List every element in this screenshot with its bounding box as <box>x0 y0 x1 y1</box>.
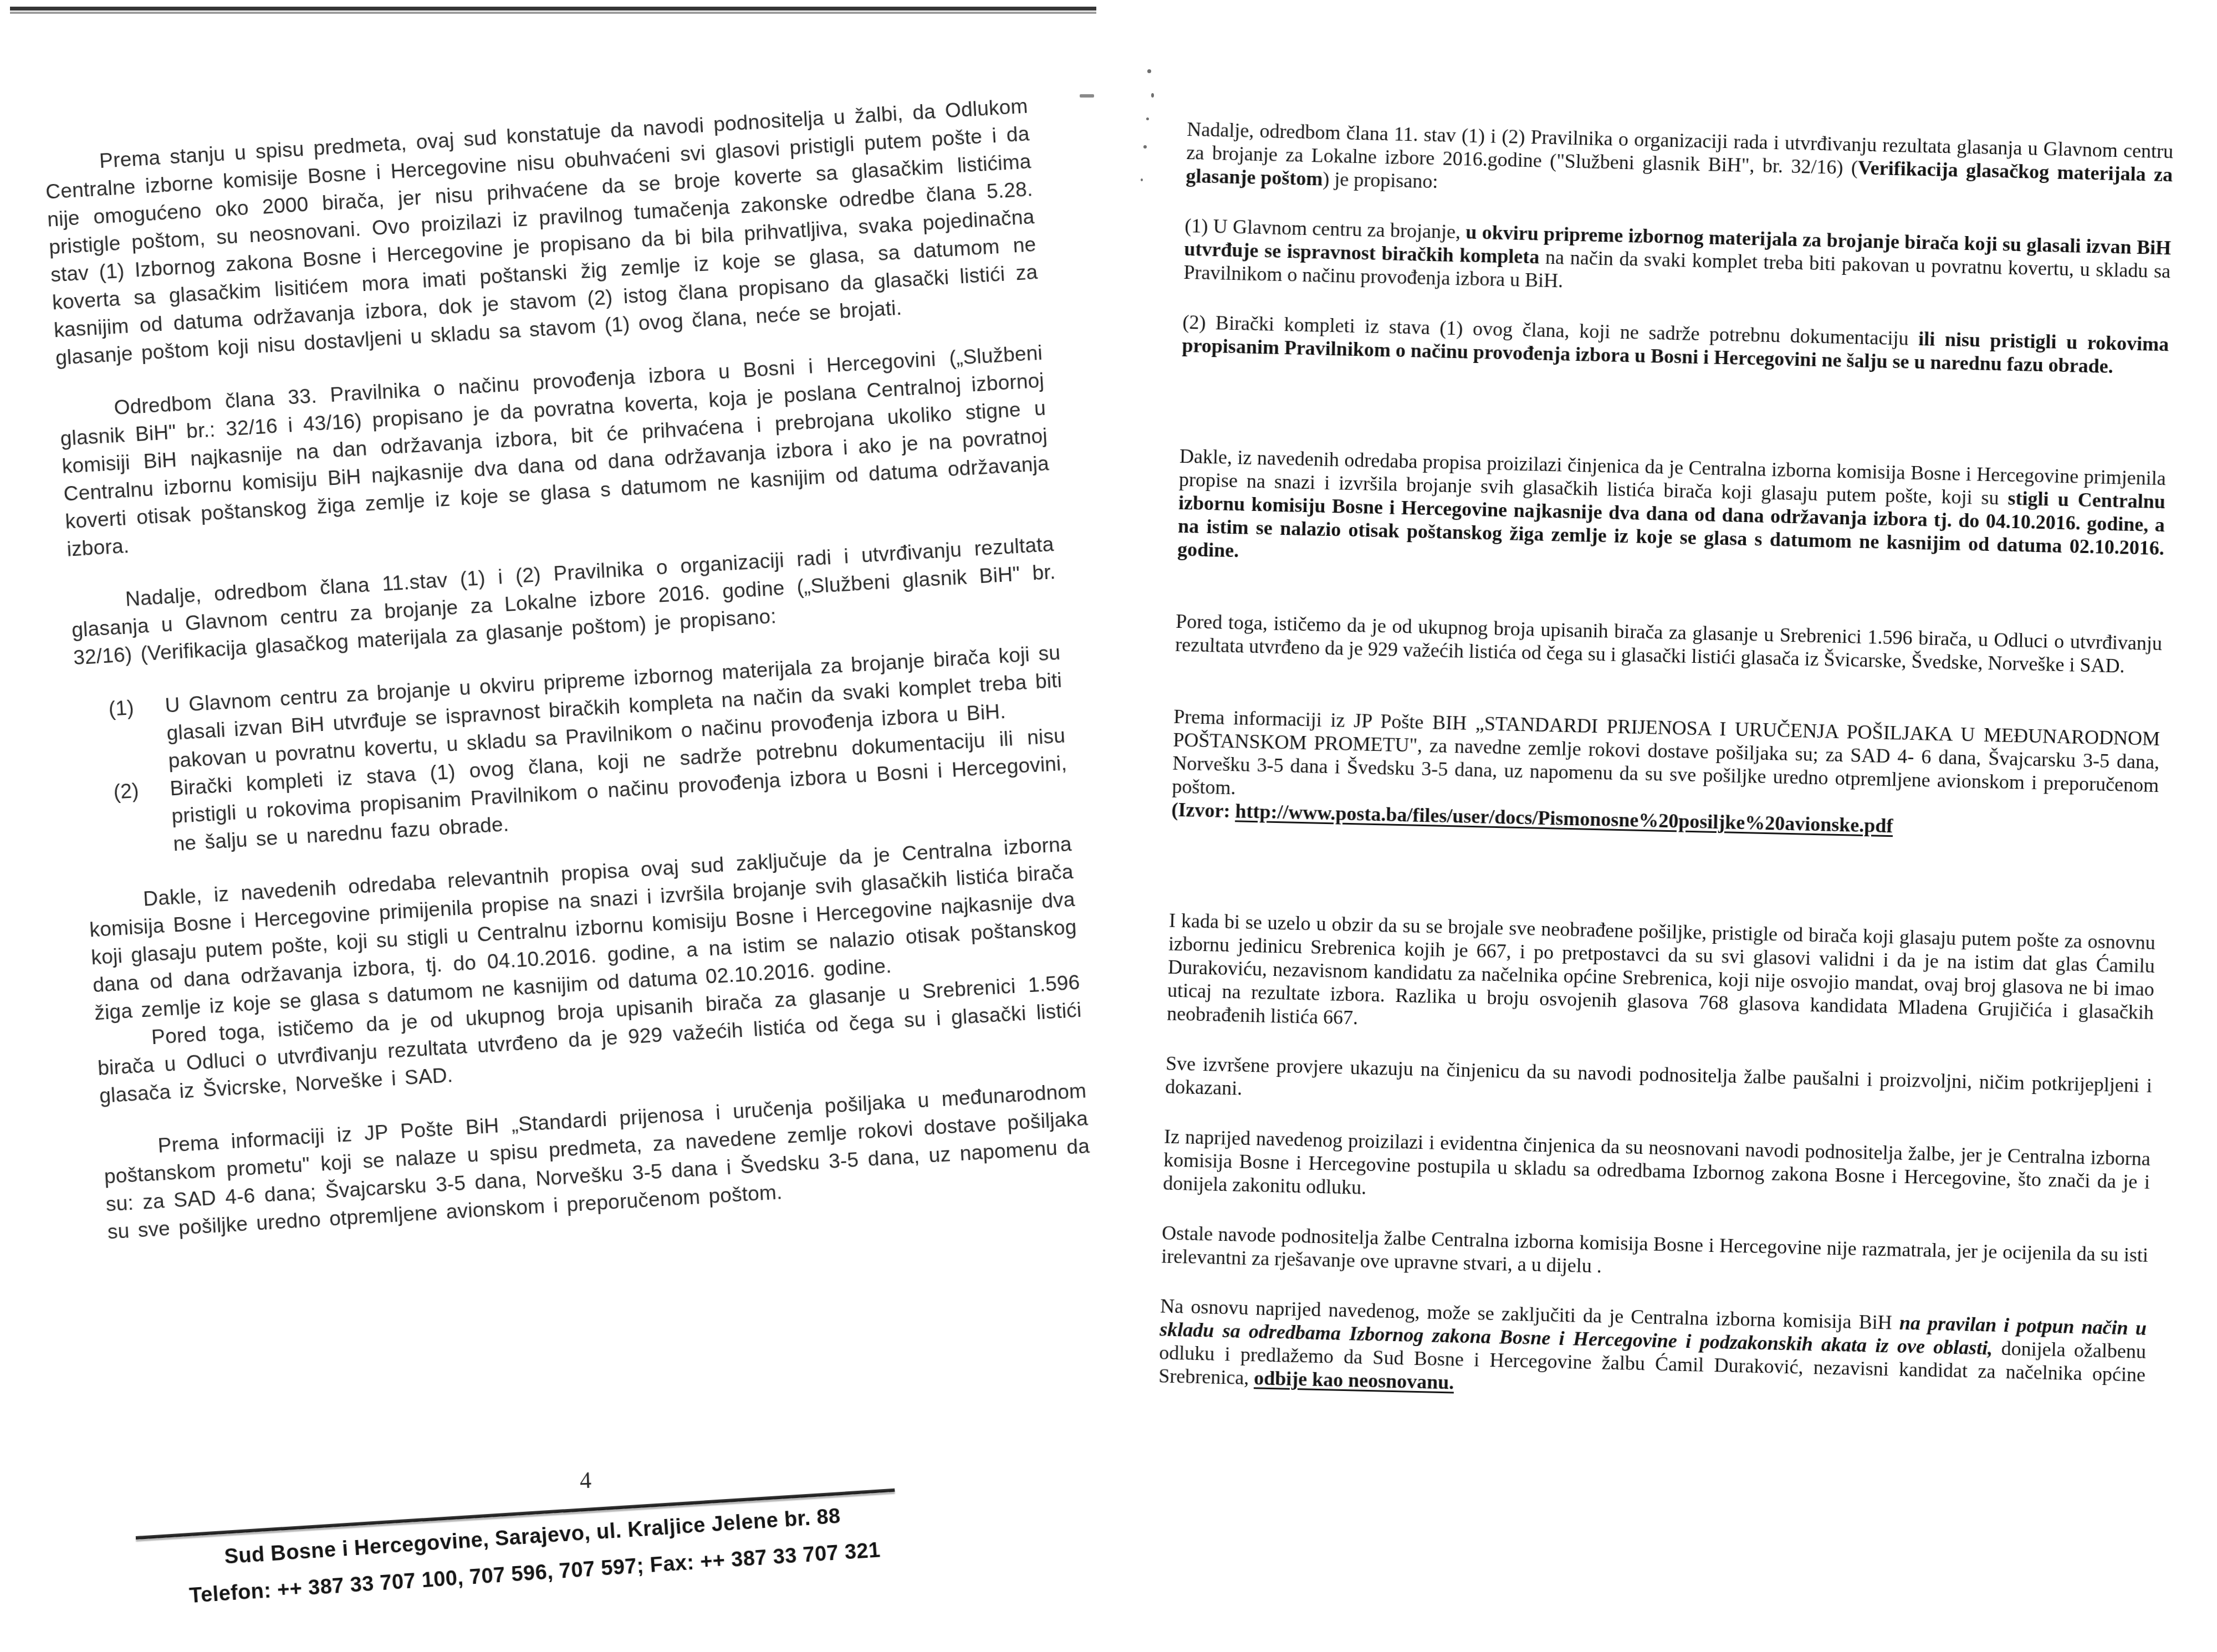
paragraph: Odredbom člana 33. Pravilnika o načinu p… <box>58 339 1051 564</box>
right-page-text: Nadalje, odredbom člana 11. stav (1) i (… <box>1158 117 2174 1410</box>
paragraph: Pored toga, ističemo da je od ukupnog br… <box>1175 610 2162 678</box>
paragraph: Ostale navode podnositelja žalbe Central… <box>1161 1221 2148 1290</box>
text-run: Prema stanju u spisu predmeta, ovaj sud … <box>45 95 1038 370</box>
paragraph: Nadalje, odredbom člana 11. stav (1) i (… <box>1186 117 2173 209</box>
text-run: I kada bi se uzelo u obzir da su se broj… <box>1167 909 2155 1029</box>
scan-speck <box>1143 145 1147 149</box>
scan-speck <box>1146 117 1149 120</box>
list-marker: (1) <box>108 694 135 723</box>
paragraph: Dakle, iz navedenih odredaba propisa pro… <box>1177 444 2166 583</box>
paragraph: (1) U Glavnom centru za brojanje, u okvi… <box>1183 214 2171 306</box>
page-number: 4 <box>579 1467 592 1495</box>
paragraph: Na osnovu naprijed navedenog, može se za… <box>1158 1294 2147 1409</box>
paragraph: Prema stanju u spisu predmeta, ovaj sud … <box>43 93 1040 372</box>
left-page-text: Prema stanju u spisu predmeta, ovaj sud … <box>43 93 1092 1246</box>
text-run: Odredbom člana 33. Pravilnika o načinu p… <box>60 341 1050 561</box>
text-run: (Izvor: <box>1171 799 1235 822</box>
text-run: odbije kao neosnovanu. <box>1254 1367 1454 1393</box>
scan-speck <box>1147 69 1151 73</box>
paragraph: Iz naprijed navedenog proizilazi i evide… <box>1163 1125 2150 1217</box>
text-run: Prema informaciji iz JP Pošte BiH „Stand… <box>104 1079 1090 1243</box>
document-scan: Prema stanju u spisu predmeta, ovaj sud … <box>0 0 2217 1652</box>
paragraph: Prema informaciji iz JP Pošte BIH „STAND… <box>1171 705 2160 843</box>
paragraph: Sve izvršene provjere ukazuju na činjeni… <box>1165 1052 2152 1121</box>
top-scan-rule <box>10 7 1096 11</box>
text-run: Ostale navode podnositelja žalbe Central… <box>1161 1221 2148 1277</box>
text-run: Sve izvršene provjere ukazuju na činjeni… <box>1165 1052 2152 1099</box>
scan-speck <box>1080 94 1094 98</box>
text-run: Prema informaciji iz JP Pošte BIH „STAND… <box>1172 705 2160 799</box>
paragraph: Prema informaciji iz JP Pošte BiH „Stand… <box>102 1077 1092 1246</box>
text-run: ) je propisano: <box>1322 168 1438 193</box>
list-marker: (2) <box>113 777 140 806</box>
paragraph: (2) Birački kompleti iz stava (1) ovog č… <box>1182 310 2169 379</box>
text-run: Iz naprijed navedenog proizilazi i evide… <box>1163 1126 2150 1199</box>
paragraph: I kada bi se uzelo u obzir da su se broj… <box>1167 909 2155 1047</box>
source-url: http://www.posta.ba/files/user/docs/Pism… <box>1235 800 1893 837</box>
scan-speck <box>1151 93 1154 98</box>
scan-speck <box>1141 178 1143 181</box>
top-scan-rule-shadow <box>10 12 1096 14</box>
text-run: Pored toga, ističemo da je od ukupnog br… <box>1175 610 2162 677</box>
